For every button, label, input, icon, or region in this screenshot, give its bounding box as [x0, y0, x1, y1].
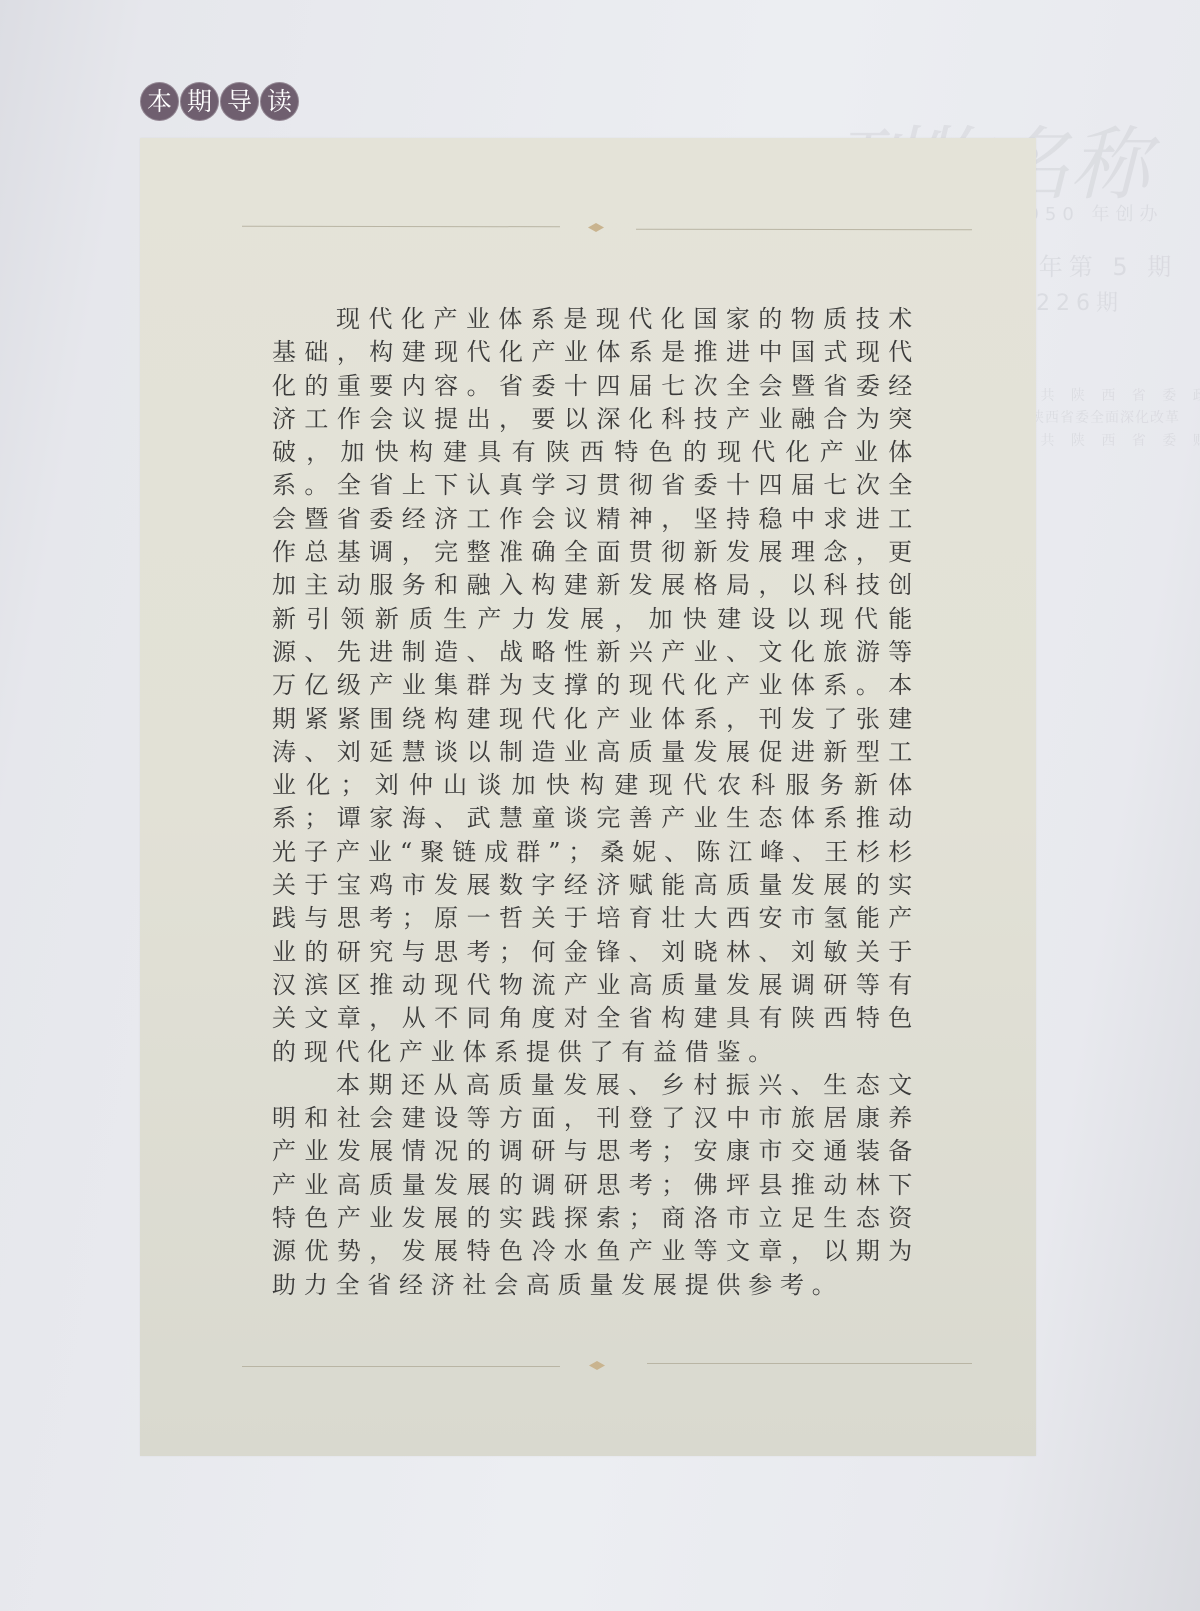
badge-char: 导	[220, 82, 259, 121]
article-paragraph: 本期还从高质量发展、乡村振兴、生态文明和社会建设等方面，刊登了汉中市旅居康养产业…	[272, 1069, 920, 1302]
bottom-rule-left	[242, 1366, 560, 1367]
article-paragraph: 现代化产业体系是现代化国家的物质技术基础，构建现代化产业体系是推进中国式现代化的…	[272, 303, 920, 1069]
badge-char: 本	[140, 82, 179, 121]
bottom-rule-right	[647, 1363, 972, 1364]
badge-char: 读	[260, 82, 299, 121]
article-body: 现代化产业体系是现代化国家的物质技术基础，构建现代化产业体系是推进中国式现代化的…	[272, 303, 920, 1302]
bleed-through-line: 中 共 陕 西 省 委 政 策	[1010, 385, 1200, 405]
badge-char: 期	[180, 82, 219, 121]
section-badge: 本 期 导 读	[140, 82, 299, 121]
bleed-through-line: 中 共 陕 西 省 委 财 经	[1010, 430, 1200, 450]
